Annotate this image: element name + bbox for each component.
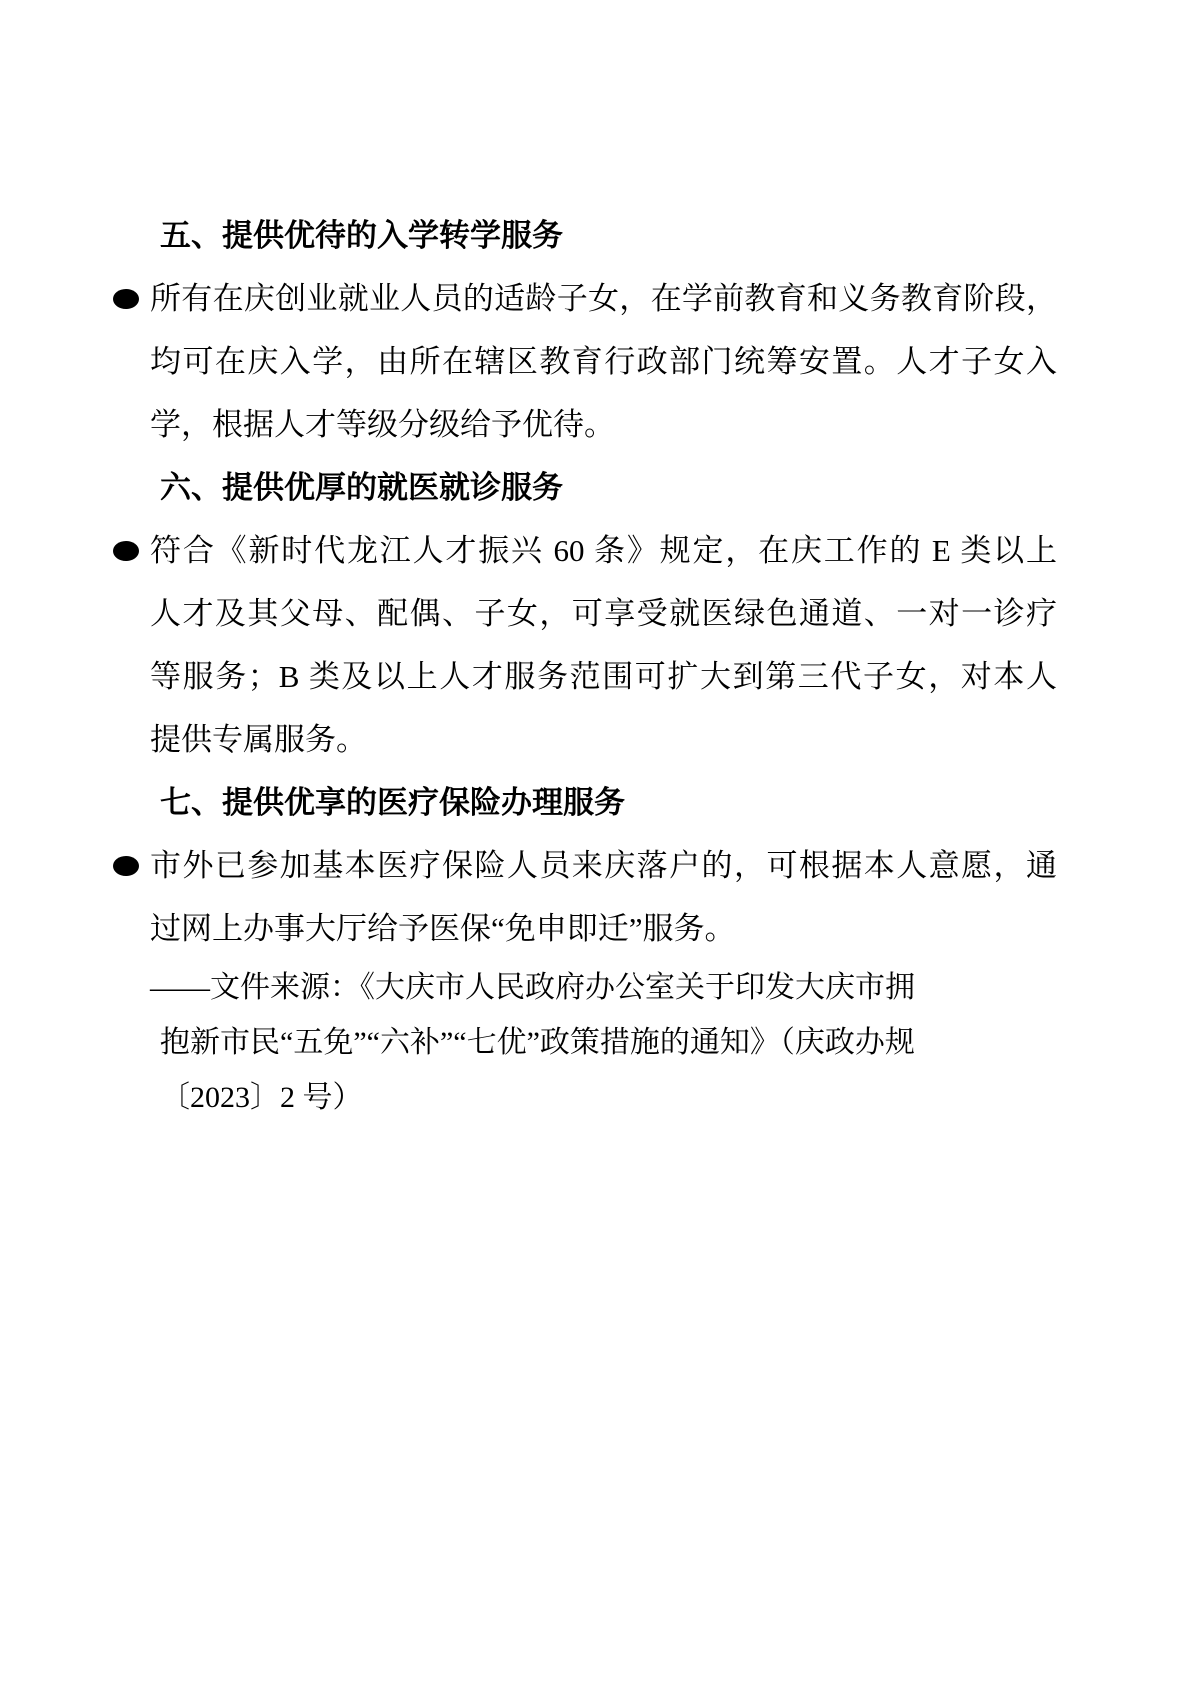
body-line: 等服务；B 类及以上人才服务范围可扩大到第三代子女，对本人 [150,645,1057,708]
section-heading-6: 六、提供优厚的就医就诊服务 [150,456,1057,519]
source-note: ——文件来源：《大庆市人民政府办公室关于印发大庆市拥 抱新市民“五免”“六补”“… [150,960,1057,1125]
paragraph-7: 市外已参加基本医疗保险人员来庆落户的，可根据本人意愿，通 过网上办事大厅给予医保… [150,834,1057,960]
section-heading-5: 五、提供优待的入学转学服务 [150,204,1057,267]
bullet-item-7: 市外已参加基本医疗保险人员来庆落户的，可根据本人意愿，通 过网上办事大厅给予医保… [150,834,1057,960]
body-line: 学，根据人才等级分级给予优待。 [150,393,1057,456]
body-line: 所有在庆创业就业人员的适龄子女，在学前教育和义务教育阶段， [150,267,1057,330]
body-line: 均可在庆入学，由所在辖区教育行政部门统筹安置。人才子女入 [150,330,1057,393]
body-line: 市外已参加基本医疗保险人员来庆落户的，可根据本人意愿，通 [150,834,1057,897]
paragraph-6: 符合《新时代龙江人才振兴 60 条》规定，在庆工作的 E 类以上 人才及其父母、… [150,519,1057,771]
body-line: 符合《新时代龙江人才振兴 60 条》规定，在庆工作的 E 类以上 [150,519,1057,582]
bullet-item-6: 符合《新时代龙江人才振兴 60 条》规定，在庆工作的 E 类以上 人才及其父母、… [150,519,1057,771]
source-line: 抱新市民“五免”“六补”“七优”政策措施的通知》（庆政办规 [150,1015,1057,1070]
section-heading-7: 七、提供优享的医疗保险办理服务 [150,771,1057,834]
bullet-icon [113,289,139,309]
document-page: 五、提供优待的入学转学服务 所有在庆创业就业人员的适龄子女，在学前教育和义务教育… [0,0,1190,1683]
source-line: 〔2023〕2 号） [150,1070,1057,1125]
body-line: 人才及其父母、配偶、子女，可享受就医绿色通道、一对一诊疗 [150,582,1057,645]
bullet-item-5: 所有在庆创业就业人员的适龄子女，在学前教育和义务教育阶段， 均可在庆入学，由所在… [150,267,1057,456]
bullet-icon [113,856,139,876]
bullet-icon [113,541,139,561]
body-line: 过网上办事大厅给予医保“免申即迁”服务。 [150,897,1057,960]
document-content: 五、提供优待的入学转学服务 所有在庆创业就业人员的适龄子女，在学前教育和义务教育… [150,204,1057,1125]
paragraph-5: 所有在庆创业就业人员的适龄子女，在学前教育和义务教育阶段， 均可在庆入学，由所在… [150,267,1057,456]
source-line: ——文件来源：《大庆市人民政府办公室关于印发大庆市拥 [150,960,1057,1015]
body-line: 提供专属服务。 [150,708,1057,771]
